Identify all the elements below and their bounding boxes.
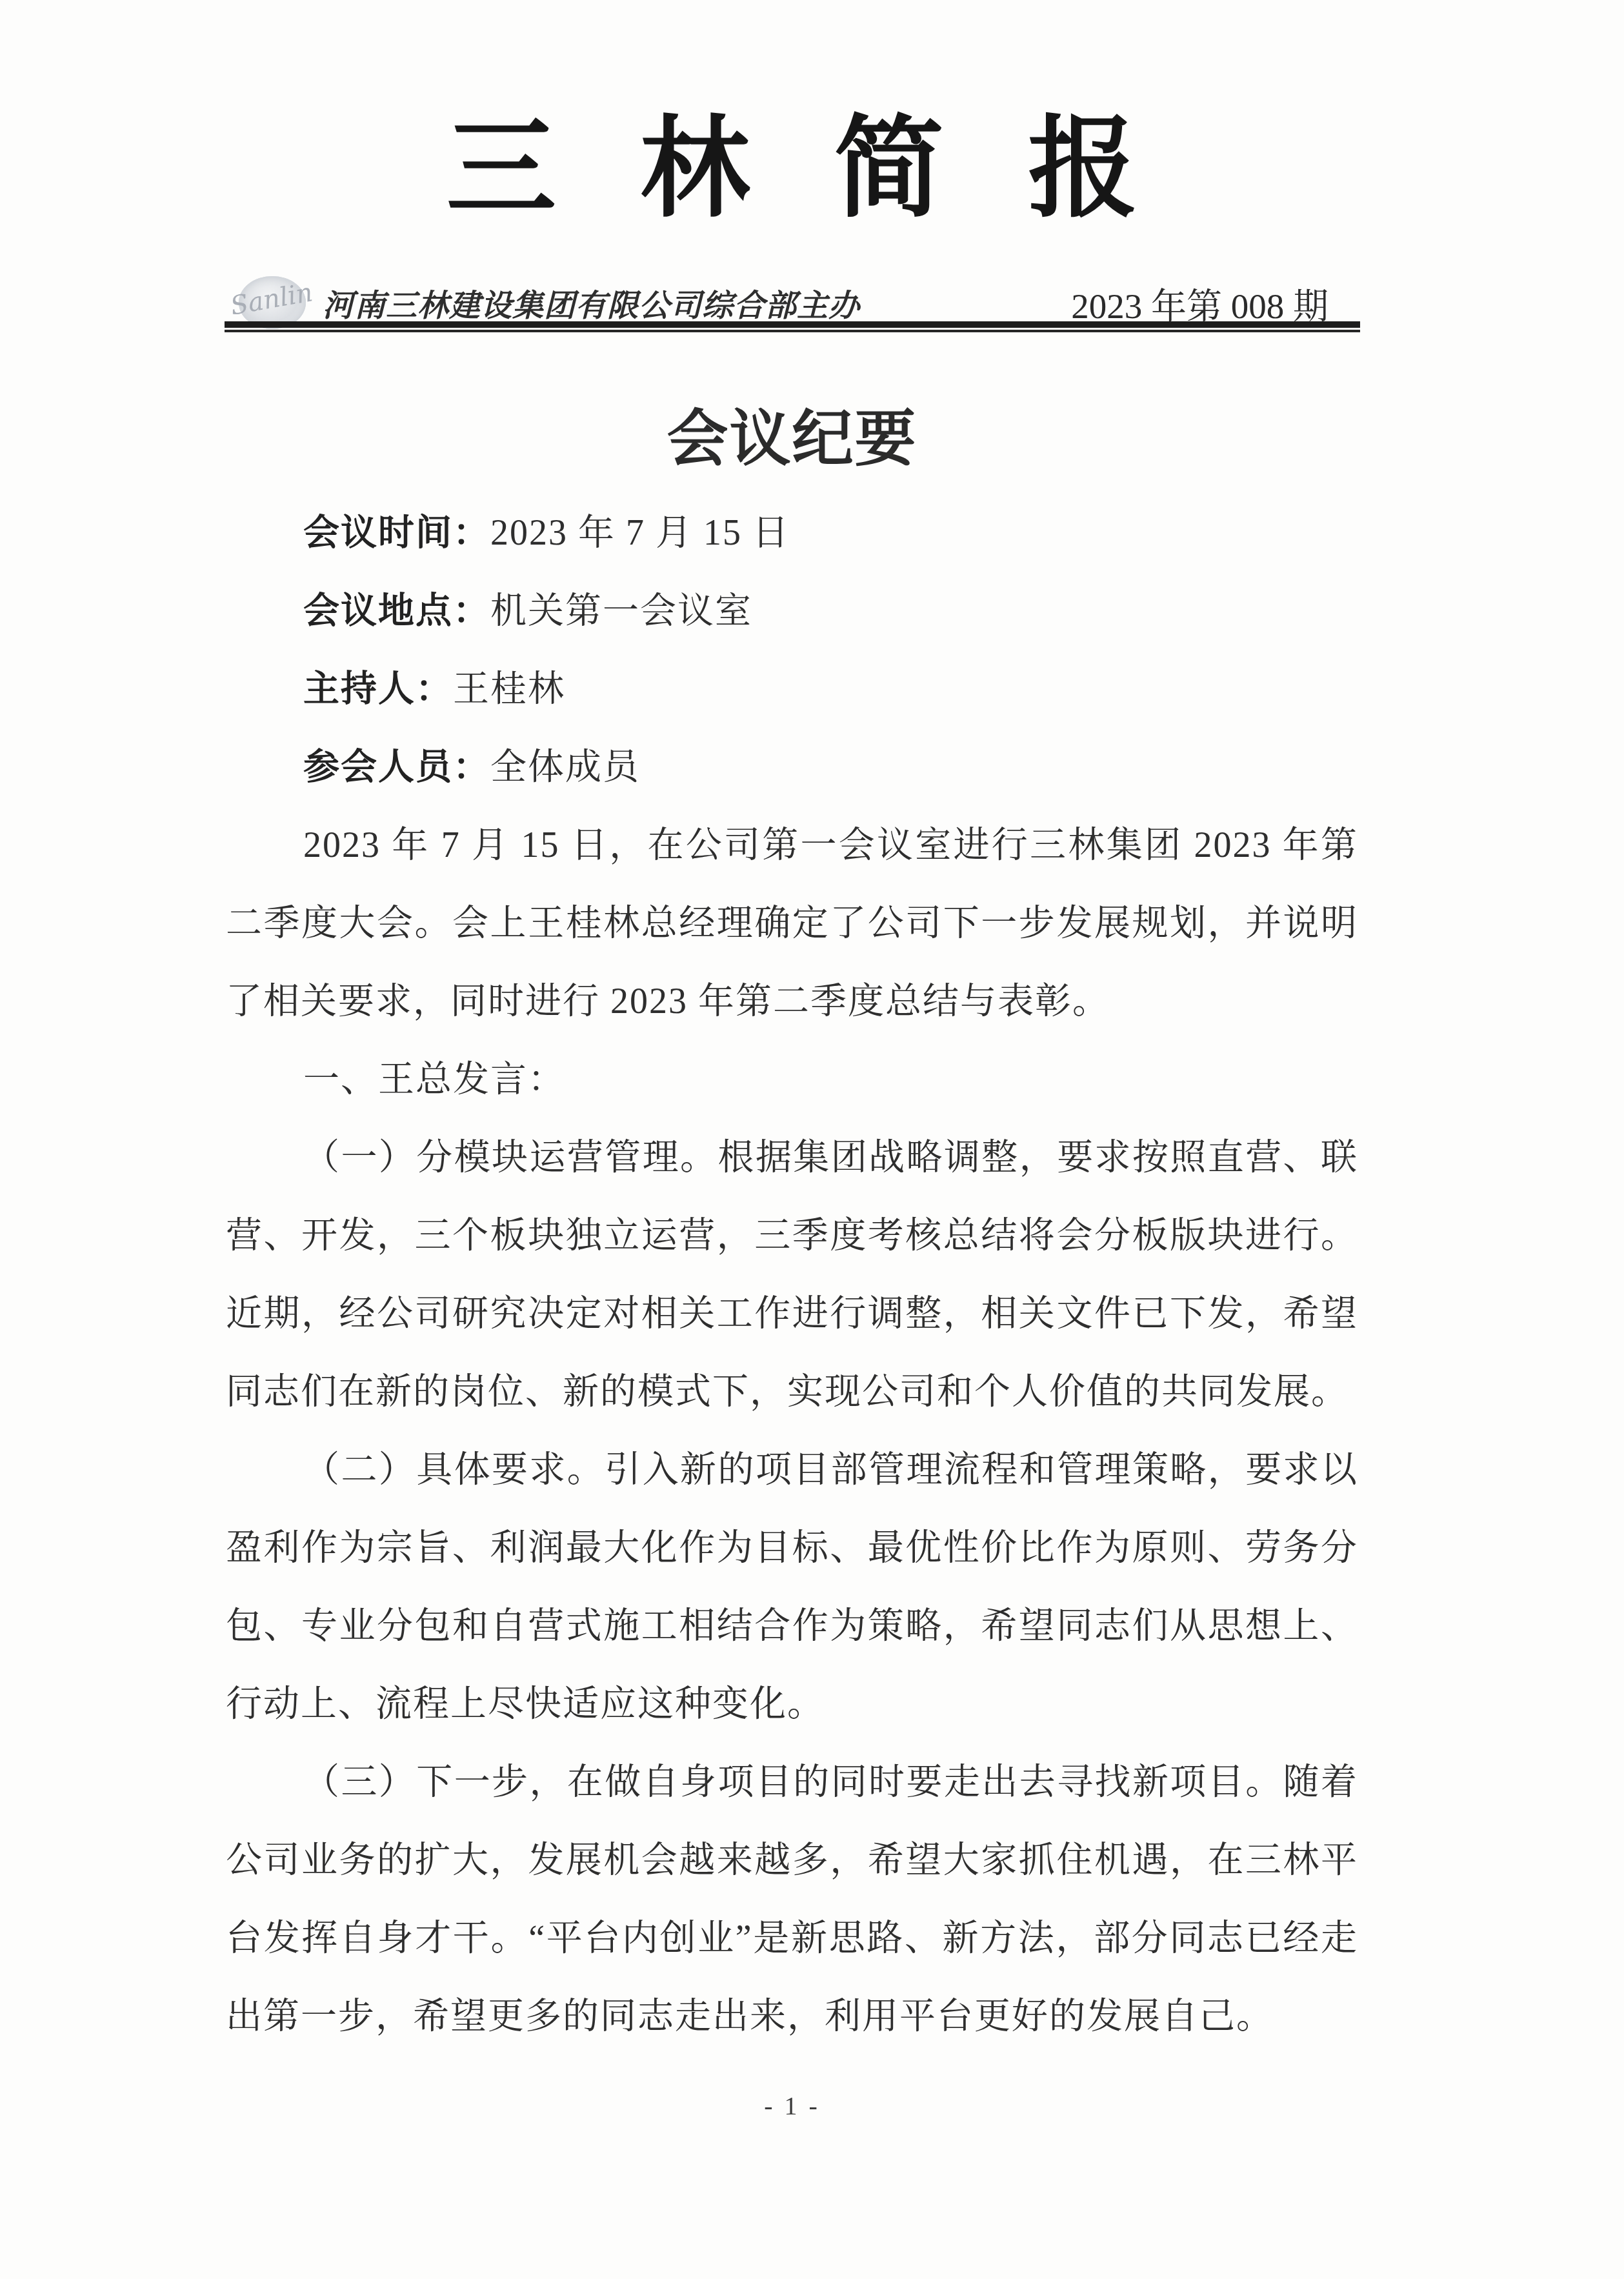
- meeting-attendees-label: 参会人员：: [226, 747, 490, 787]
- masthead-double-rule: [225, 321, 1360, 332]
- document-body: 会议时间：2023 年 7 月 15 日 会议地点：机关第一会议室 主持人：王桂…: [226, 494, 1358, 2056]
- issue-number: 2023 年第 008 期: [1071, 277, 1328, 328]
- meeting-place-label: 会议地点：: [226, 591, 490, 631]
- scanned-bulletin-page: 三 林 简 报 Sanlin 河南三林建设集团有限公司综合部主办 2023 年第…: [0, 0, 1624, 2279]
- rule-thick-line: [225, 321, 1360, 328]
- meeting-attendees-line: 参会人员：全体成员: [226, 728, 1358, 807]
- body-paragraph-intro: 2023 年 7 月 15 日，在公司第一会议室进行三林集团 2023 年第二季…: [226, 807, 1358, 1041]
- meeting-time-label: 会议时间：: [226, 513, 490, 553]
- body-paragraph-section-heading: 一、王总发言：: [226, 1041, 1358, 1119]
- meeting-host-value: 王桂林: [453, 669, 565, 709]
- body-paragraph-point-2: （二）具体要求。引入新的项目部管理流程和管理策略，要求以盈利作为宗旨、利润最大化…: [226, 1431, 1358, 1743]
- meeting-attendees-value: 全体成员: [490, 747, 640, 787]
- meeting-place-line: 会议地点：机关第一会议室: [226, 572, 1358, 650]
- meeting-time-line: 会议时间：2023 年 7 月 15 日: [226, 494, 1358, 572]
- document-title: 会议纪要: [226, 404, 1358, 475]
- page-number: - 1 -: [226, 2091, 1358, 2121]
- body-paragraph-point-1: （一）分模块运营管理。根据集团战略调整，要求按照直营、联营、开发，三个板块独立运…: [226, 1119, 1358, 1431]
- meeting-time-value: 2023 年 7 月 15 日: [490, 513, 790, 553]
- meeting-place-value: 机关第一会议室: [490, 591, 752, 631]
- body-paragraph-point-3: （三）下一步，在做自身项目的同时要走出去寻找新项目。随着公司业务的扩大，发展机会…: [226, 1743, 1358, 2056]
- sanlin-logo-script-text: Sanlin: [228, 279, 316, 319]
- meeting-host-label: 主持人：: [226, 669, 453, 709]
- organizer-line: 河南三林建设集团有限公司综合部主办: [323, 281, 860, 325]
- meeting-host-line: 主持人：王桂林: [226, 650, 1358, 728]
- bulletin-masthead-title: 三 林 简 报: [226, 115, 1358, 225]
- rule-thin-line: [225, 330, 1360, 332]
